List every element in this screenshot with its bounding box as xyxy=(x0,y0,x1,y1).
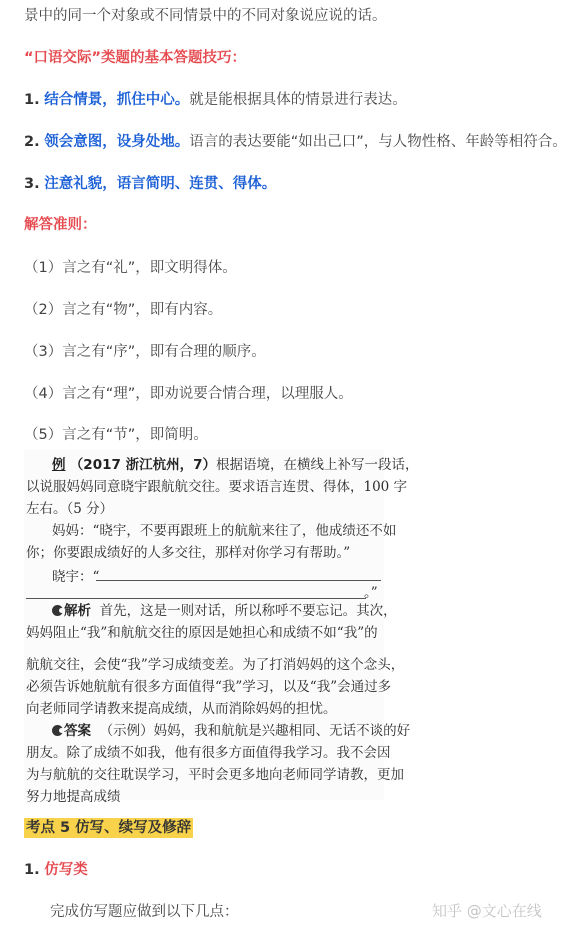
example-line-3: 左右。（5 分） xyxy=(26,498,113,520)
rule-item: （4）言之有“理”，即劝说要合情合理，以理服人。 xyxy=(24,384,353,404)
subsection-title: 1. 仿写类 xyxy=(24,860,88,880)
example-label: 例 xyxy=(52,457,66,473)
example-line-4: 妈妈：“晓宇，不要再跟班上的航航来往了，他成绩还不如 xyxy=(52,520,396,542)
answer-line-3: 为与航航的交往耽误学习，平时会更多地向老师同学请教，更加 xyxy=(26,764,404,786)
tip-key: 领会意图，设身处地。 xyxy=(44,134,189,150)
example-line-1: 例 （2017 浙江杭州，7）根据语境，在横线上补写一段话， xyxy=(52,454,418,476)
analysis-line-1: 解析 首先，这是一则对话，所以称呼不要忘记。其次， xyxy=(52,600,397,622)
section-body: 完成仿写题应做到以下几点： xyxy=(50,902,239,922)
answer-line-1: 答案 （示例）妈妈，我和航航是兴趣相同、无话不谈的好 xyxy=(52,720,410,742)
example-line-2: 以说服妈妈同意晓宇跟航航交往。要求语言连贯、得体，100 字 xyxy=(26,476,407,498)
tip-item-1: 1. 结合情景，抓住中心。就是能根据具体的情景进行表达。 xyxy=(24,90,407,110)
subsection-number: 1. xyxy=(24,862,40,878)
scanned-example: 例 （2017 浙江杭州，7）根据语境，在横线上补写一段话， 以说服妈妈同意晓宇… xyxy=(24,450,384,800)
rule-item: （2）言之有“物”，即有内容。 xyxy=(24,300,222,320)
subsection-label: 仿写类 xyxy=(44,862,88,878)
analysis-line-2: 妈妈阻止“我”和航航交往的原因是她担心和成绩不如“我”的 xyxy=(26,622,378,644)
analysis-line-4: 必须告诉她航航有很多方面值得“我”学习，以及“我”会通过多 xyxy=(26,676,391,698)
tip-item-2: 2. 领会意图，设身处地。语言的表达要能“如出己口”，与人物性格、年龄等相符合。 xyxy=(24,132,567,152)
answer-blank-line-1 xyxy=(96,580,381,581)
example-source: （2017 浙江杭州，7） xyxy=(70,457,216,473)
tip-rest: 语言的表达要能“如出己口”，与人物性格、年龄等相符合。 xyxy=(189,134,567,150)
answer-label: 答案 xyxy=(64,723,91,739)
tip-item-3: 3. 注意礼貌，语言简明、连贯、得体。 xyxy=(24,174,276,194)
analysis-line-3: 航航交往，会使“我”学习成绩变差。为了打消妈妈的这个念头， xyxy=(26,654,404,676)
analysis-line-5: 向老师同学请教来提高成绩，从而消除妈妈的担忧。 xyxy=(26,698,337,720)
tag-icon xyxy=(52,725,63,736)
rule-item: （5）言之有“节”，即简明。 xyxy=(24,425,208,445)
answer-line-2: 朋友。除了成绩不如我，他有很多方面值得我学习。我不会因 xyxy=(26,742,391,764)
analysis-label: 解析 xyxy=(64,603,91,619)
rules-title: 解答准则： xyxy=(24,215,97,235)
tip-number: 2. xyxy=(24,134,40,150)
tips-title: “口语交际”类题的基本答题技巧： xyxy=(24,48,246,68)
rule-item: （1）言之有“礼”，即文明得体。 xyxy=(24,258,237,278)
rule-item: （3）言之有“序”，即有合理的顺序。 xyxy=(24,342,266,362)
tip-key: 注意礼貌，语言简明、连贯、得体。 xyxy=(44,176,276,192)
answer-blank-line-2 xyxy=(26,598,366,599)
answer-line-4: 努力地提高成绩 xyxy=(26,786,121,808)
tip-number: 3. xyxy=(24,176,40,192)
intro-line: 景中的同一个对象或不同情景中的不同对象说应说的话。 xyxy=(24,6,387,26)
highlighted-heading: 考点 5 仿写、续写及修辞 xyxy=(24,818,193,838)
tip-key: 结合情景，抓住中心。 xyxy=(44,92,189,108)
section-5-heading: 考点 5 仿写、续写及修辞 xyxy=(24,818,193,838)
tip-number: 1. xyxy=(24,92,40,108)
tag-icon xyxy=(52,605,63,616)
watermark: 知乎 @文心在线 xyxy=(432,900,542,921)
tip-rest: 就是能根据具体的情景进行表达。 xyxy=(189,92,407,108)
example-line-5: 你；你要跟成绩好的人多交往，那样对你学习有帮助。” xyxy=(26,542,350,564)
answer-prompt: 晓宇：“ xyxy=(52,566,99,588)
